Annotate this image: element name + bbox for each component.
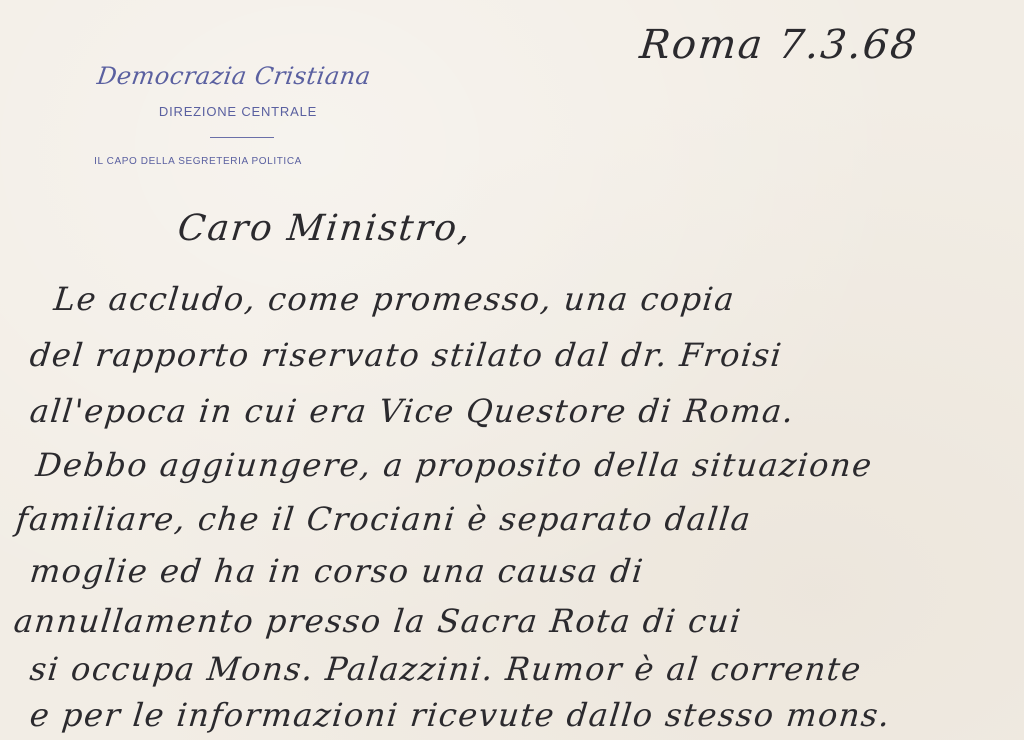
place-date: Roma 7.3.68 [638, 22, 921, 68]
letter-paper: Democrazia Cristiana DIREZIONE CENTRALE … [0, 0, 1024, 740]
body-line: moglie ed ha in corso una causa di [28, 552, 646, 590]
body-line: del rapporto riservato stilato dal dr. F… [28, 336, 785, 374]
department-name: DIREZIONE CENTRALE [84, 104, 384, 119]
body-line: all'epoca in cui era Vice Questore di Ro… [28, 392, 797, 430]
body-line: annullamento presso la Sacra Rota di cui [12, 602, 744, 640]
letterhead: Democrazia Cristiana DIREZIONE CENTRALE … [84, 62, 384, 167]
party-name: Democrazia Cristiana [82, 62, 386, 90]
salutation: Caro Ministro, [176, 208, 474, 249]
body-line: familiare, che il Crociani è separato da… [14, 500, 754, 538]
body-line: si occupa Mons. Palazzini. Rumor è al co… [28, 650, 864, 688]
body-line: Debbo aggiungere, a proposito della situ… [34, 446, 875, 484]
letterhead-divider [210, 137, 274, 138]
office-title: IL CAPO DELLA SEGRETERIA POLITICA [48, 156, 348, 167]
body-line: Le accludo, come promesso, una copia [52, 280, 737, 318]
body-line: e per le informazioni ricevute dallo ste… [28, 696, 893, 734]
